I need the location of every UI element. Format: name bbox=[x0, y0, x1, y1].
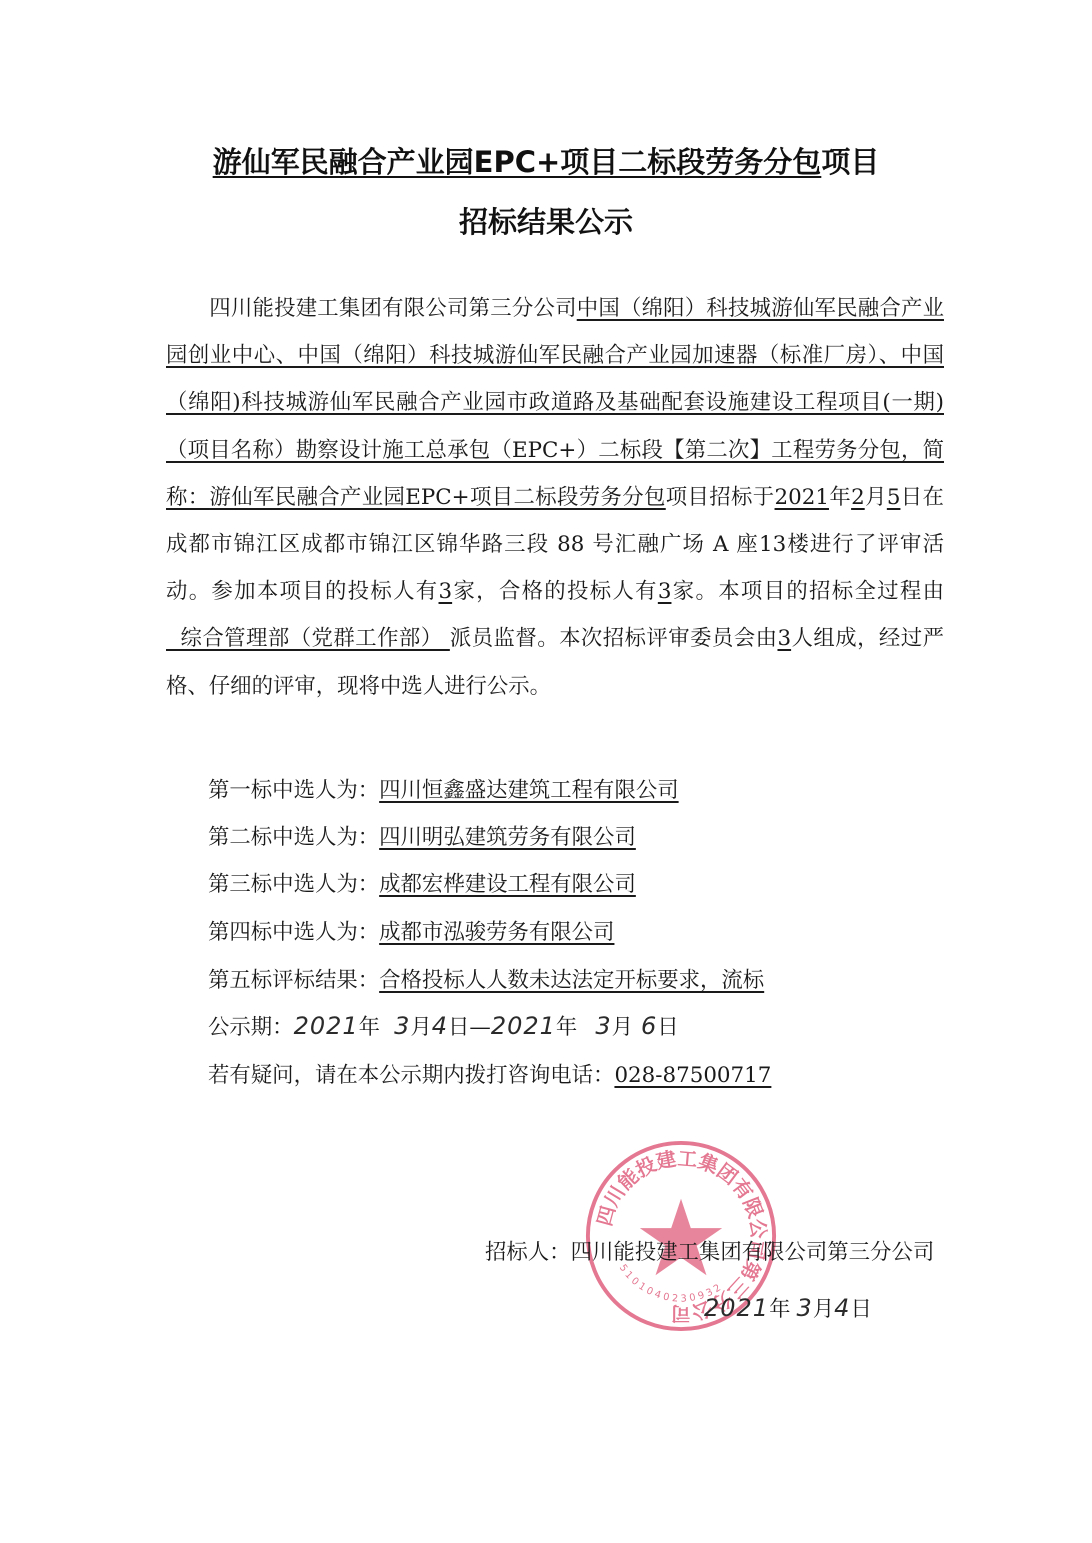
title-suffix: 项目 bbox=[821, 145, 879, 179]
result-row: 第五标评标结果：合格投标人人数未达法定开标要求，流标 bbox=[208, 963, 764, 994]
project-full-name: 中国（绵阳）科技城游仙军民融合产业园创业中心、中国（绵阳）科技城游仙军民融合产业… bbox=[166, 296, 944, 510]
signature-label: 招标人： bbox=[485, 1240, 571, 1265]
text-day: 日 bbox=[657, 1015, 678, 1040]
bid-month: 2 bbox=[851, 485, 865, 510]
result-label: 第二标中选人为： bbox=[208, 825, 379, 850]
publicity-label: 公示期： bbox=[208, 1015, 294, 1040]
result-value: 成都宏桦建设工程有限公司 bbox=[379, 872, 636, 897]
contact-phone: 028-87500717 bbox=[614, 1063, 771, 1088]
text-bid-at: 项目招标于 bbox=[666, 485, 775, 510]
supervisor-dept: 综合管理部（党群工作部） bbox=[166, 626, 450, 651]
handwritten-year: 2021 bbox=[704, 1294, 769, 1322]
text-year: 年 bbox=[829, 485, 851, 510]
result-row: 第一标中选人为：四川恒鑫盛达建筑工程有限公司 bbox=[208, 773, 679, 804]
handwritten-start-day: 4 bbox=[432, 1012, 448, 1040]
document-title-line2: 招标结果公示 bbox=[0, 200, 1092, 241]
document-page: 游仙军民融合产业园EPC+项目二标段劳务分包项目 招标结果公示 四川能投建工集团… bbox=[0, 0, 1092, 1543]
signature-org: 四川能投建工集团有限公司第三分公司 bbox=[571, 1240, 935, 1265]
result-row: 第三标中选人为：成都宏桦建设工程有限公司 bbox=[208, 867, 636, 898]
handwritten-start-year: 2021 bbox=[294, 1012, 359, 1040]
announcement-paragraph: 四川能投建工集团有限公司第三分公司中国（绵阳）科技城游仙军民融合产业园创业中心、… bbox=[166, 285, 944, 710]
handwritten-end-year: 2021 bbox=[491, 1012, 556, 1040]
text-year: 年 bbox=[769, 1297, 790, 1322]
committee-size: 3 bbox=[777, 626, 791, 651]
text-year: 年 bbox=[556, 1015, 577, 1040]
qualified-count: 3 bbox=[658, 579, 672, 604]
signature-date: 2021年3月4日 bbox=[704, 1292, 872, 1323]
bid-year: 2021 bbox=[775, 485, 829, 510]
handwritten-end-month: 3 bbox=[595, 1012, 611, 1040]
text-month: 月 bbox=[813, 1297, 834, 1322]
contact-label: 若有疑问，请在本公示期内拨打咨询电话： bbox=[208, 1063, 614, 1088]
result-row: 第四标中选人为：成都市泓骏劳务有限公司 bbox=[208, 915, 614, 946]
contact-line: 若有疑问，请在本公示期内拨打咨询电话：028-87500717 bbox=[208, 1058, 771, 1089]
bidders-count: 3 bbox=[439, 579, 453, 604]
result-label: 第四标中选人为： bbox=[208, 920, 379, 945]
document-title-line1: 游仙军民融合产业园EPC+项目二标段劳务分包项目 bbox=[0, 140, 1092, 181]
handwritten-month: 3 bbox=[796, 1294, 812, 1322]
title-project-name: 游仙军民融合产业园EPC+项目二标段劳务分包 bbox=[213, 145, 822, 179]
result-value: 合格投标人人数未达法定开标要求，流标 bbox=[379, 968, 764, 993]
result-label: 第五标评标结果： bbox=[208, 968, 379, 993]
result-value: 四川明弘建筑劳务有限公司 bbox=[379, 825, 636, 850]
handwritten-day: 4 bbox=[834, 1294, 850, 1322]
text-year: 年 bbox=[359, 1015, 380, 1040]
handwritten-end-day: 6 bbox=[641, 1012, 657, 1040]
publicity-period: 公示期：2021年3月4日—2021年3月6日 bbox=[208, 1010, 679, 1041]
result-value: 四川恒鑫盛达建筑工程有限公司 bbox=[379, 778, 678, 803]
text-committee: 派员监督。本次招标评审委员会由 bbox=[450, 626, 778, 651]
text-supervision: 家。本项目的招标全过程由 bbox=[671, 579, 944, 604]
bid-day: 5 bbox=[887, 485, 901, 510]
project-short-name: 游仙军民融合产业园EPC+项目二标段劳务分包 bbox=[210, 485, 666, 510]
text-qualified: 家，合格的投标人有 bbox=[452, 579, 658, 604]
text-month: 月 bbox=[865, 485, 887, 510]
result-row: 第二标中选人为：四川明弘建筑劳务有限公司 bbox=[208, 820, 636, 851]
result-label: 第三标中选人为： bbox=[208, 872, 379, 897]
org-prefix: 四川能投建工集团有限公司第三分公司 bbox=[209, 296, 577, 321]
signature-line: 招标人：四川能投建工集团有限公司第三分公司 bbox=[485, 1235, 934, 1266]
result-value: 成都市泓骏劳务有限公司 bbox=[379, 920, 614, 945]
text-month: 月 bbox=[410, 1015, 431, 1040]
text-day: 日 bbox=[850, 1297, 871, 1322]
text-month: 月 bbox=[612, 1015, 633, 1040]
result-label: 第一标中选人为： bbox=[208, 778, 379, 803]
handwritten-start-month: 3 bbox=[394, 1012, 410, 1040]
text-day-dash: 日— bbox=[448, 1015, 491, 1040]
